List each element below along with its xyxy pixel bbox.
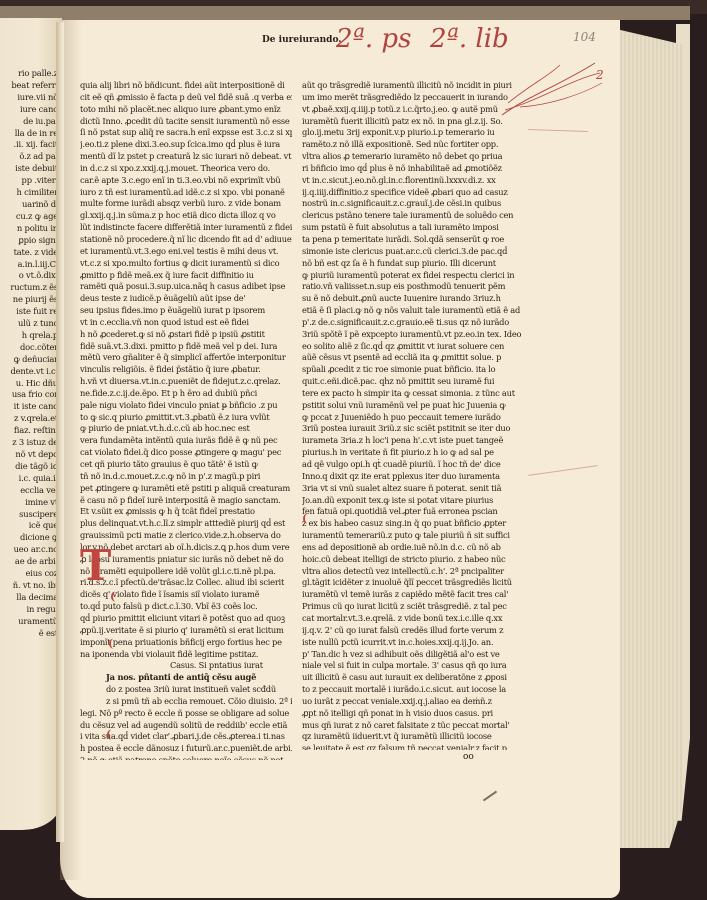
text-line: z ex bis habeo casuz sing.in q̃ qo puat … — [302, 518, 526, 530]
text-line: rio palle.z — [0, 68, 58, 80]
text-line: iure.vii nõ — [0, 92, 58, 104]
rubric-book: 2ª. lib — [430, 24, 509, 54]
text-line: aũẽ cẽsus vt psentẽ ad eccliã ita ꝙ ꝓmit… — [302, 352, 526, 364]
text-line: dente.vt i.c. — [0, 366, 58, 378]
text-line: ta pena p temeritate iurãdi. Sol.qdã sen… — [302, 234, 526, 246]
text-line: toto mihi nõ placẽt.nec aliquo iure ꝓban… — [80, 104, 292, 116]
text-line: iste debuit — [0, 163, 58, 175]
text-line: iste fuit re — [0, 306, 58, 318]
text-line: ꝓpt nõ itelligi qñ ponat in h visio duos… — [302, 708, 526, 720]
text-line: tate. z vide — [0, 247, 58, 259]
text-line: ſi nõ pstat sup aliq̃ re sacra.h enĩ exp… — [80, 127, 292, 139]
text-line: p'.z de.c.significauit.z.c.grauio.eẽ ti.… — [302, 317, 526, 329]
text-line: cet qñ piurio tãto grauius ẽ quo tãtẽ' ẽ… — [80, 459, 292, 471]
text-line: nostrũ in.c.significauit.z.c.grauĩ.j.de … — [302, 198, 526, 210]
text-line: lla de in re — [0, 128, 58, 140]
text-line: cit eẽ qñ ꝓmissio ẽ facta p deũ vel fidẽ… — [80, 92, 292, 104]
text-column-left: quia alij libri nõ bñdicunt. fidei aũt i… — [80, 80, 292, 760]
text-line: iuramẽtũ fuerit illicitũ patz ex nõ. in … — [302, 116, 526, 128]
text-line: ratio.vñ valiisset.n.sup eis posthmodũ t… — [302, 281, 526, 293]
text-line: doc.cõter — [0, 342, 58, 354]
text-line: legi. Nõ pº recto ẽ eccle ñ posse se obl… — [80, 708, 292, 720]
text-line: vt in.c.sicut.j.eo.nõ.gl.in.c.florentinũ… — [302, 175, 526, 187]
text-line: ramẽti quã posui.3.sup.uica.nãq h casus … — [80, 281, 292, 293]
text-line: vltra alios ꝓ temerario iuramẽto nõ debe… — [302, 151, 526, 163]
text-line: .ii. xij. facit — [0, 139, 58, 151]
text-line: in regu. — [0, 604, 58, 616]
text-line: 3riũ spõtẽ ĩ pẽ expcepto iuramentũ.vt pz… — [302, 329, 526, 341]
text-line: gl.xxij.q.j.in sũma.z p hoc etiã dico di… — [80, 210, 292, 222]
left-page: rio palle.zbeat referriiure.vii nõiure c… — [0, 18, 62, 830]
text-line: tñ nõ in.d.c.mouet.z.c.ꝙ nõ in p'.z magũ… — [80, 471, 292, 483]
text-line: die tãgõ id — [0, 461, 58, 473]
text-line: beat referri — [0, 80, 58, 92]
text-line: usa frio cor — [0, 389, 58, 401]
text-line: niale vel si fuit in culpa mortale. 3' c… — [302, 660, 526, 672]
text-line: in d.c.z si xpo.z.xxij.q.j.mouet. Theori… — [80, 163, 292, 175]
text-line: pet ꝓtingere ꝙ iuramẽti etẽ pstiti p ali… — [80, 483, 292, 495]
text-line: qḋ piurio pmittit eliciunt vitari ẽ potẽ… — [80, 613, 292, 625]
text-line: glo.ij.metu 3rij exponit.v.p piurio.i.p … — [302, 127, 526, 139]
fore-edge-page-stack — [612, 28, 682, 848]
rubric-part: 2ª. ps — [336, 24, 411, 54]
text-line: iurameta 3ria.z h loc'i pena h'.c.vt ist… — [302, 435, 526, 447]
text-line: fidẽ suã.vt.3.dixi. pmitto p fidẽ meã ve… — [80, 341, 292, 353]
text-line: ꝓ lapsu iuramentis pniatur sic iurãs nõ … — [80, 554, 292, 566]
text-line: õ.z ad pal — [0, 151, 58, 163]
text-line: uo iurãt z peccat veniale.xxij.q.j.aliao… — [302, 696, 526, 708]
text-line: z si pmũ tñ ab ecclia remouet. Cõio diui… — [80, 696, 292, 708]
text-line: piurius.h in veritate ñ fit piurio.z h i… — [302, 447, 526, 459]
text-line: aũt qo trãsgrediẽ iuramentũ illicitũ nõ … — [302, 80, 526, 92]
text-line: lor.v.nõ debet arctari ab oĩ.h.dicis.z.ꝗ… — [80, 542, 292, 554]
text-line: de iu.pa. — [0, 116, 58, 128]
text-line: do z postea 3riũ iurat institueñ valet s… — [80, 684, 292, 696]
text-line: grauissimũ pcti matie z clerico.vide.z.h… — [80, 530, 292, 542]
paragraph-mark-icon: ( — [302, 512, 307, 525]
text-line: vinculis religiõis. ẽ fidei p̃stãtio q̃ … — [80, 364, 292, 376]
text-line: i.c. quia.il — [0, 473, 58, 485]
text-line: ꝓmitto p fidẽ meã.ex q̃ iure facit diffi… — [80, 270, 292, 282]
text-line: nõ bñ est qz ſa ẽ h fundat sup piurio. I… — [302, 258, 526, 270]
text-line: it iste cano — [0, 401, 58, 413]
text-line: uramentũ — [0, 616, 58, 628]
text-line: etiã ẽ ſi placi.ꝙ nõ ꝙ nõs valuit tale i… — [302, 305, 526, 317]
text-line: iuro z tñ est iuramentũ.ad idẽ.c.z si xp… — [80, 187, 292, 199]
text-line: ructum.z ẽs — [0, 282, 58, 294]
text-line: iure cano — [0, 104, 58, 116]
text-line: lla decima — [0, 592, 58, 604]
text-line: z v.qrela.et — [0, 413, 58, 425]
text-line: ramẽto.z nõ illã expositionẽ. Sed nũc fo… — [302, 139, 526, 151]
text-line: h cimiliter — [0, 187, 58, 199]
text-line: iuramentũ temerariũ.z puto ꝙ tale piuriũ… — [302, 530, 526, 542]
text-line: ae de arbi. — [0, 556, 58, 568]
text-line: nõ iuramẽti equipollere idẽ volũt gl.i.c… — [80, 566, 292, 578]
text-line: 2 nõ ꝙ etiã patrono spõte soluere noĩe c… — [80, 755, 292, 760]
text-line: multe forme iurãdi absqz verbũ iuro. z v… — [80, 198, 292, 210]
text-line: Primus cũ qo iurat licitũ z sciẽt trãsgr… — [302, 601, 526, 613]
text-line: vt in c.ecclia.vñ non quod istud est eẽ … — [80, 317, 292, 329]
text-line: qz iuramẽtũ iiduerit.vt q̃ iuramẽtũ illi… — [302, 731, 526, 743]
paragraph-mark-icon: ( — [106, 728, 111, 741]
text-line: pstitit solui vnũ iuramẽnũ vel pe puat h… — [302, 400, 526, 412]
text-line: car.ẽ apte 3.c.ego enĩ in ti.3.eo.vbi nõ… — [80, 175, 292, 187]
text-line: sum pstatũ ẽ fuit absolutus a tali iuram… — [302, 222, 526, 234]
drop-cap-initial-t: T — [80, 546, 104, 586]
text-line: Casus. Si pntatius iurat — [80, 660, 292, 672]
text-line: dictũ Inno. ꝓcedit dũ tacite sensit iura… — [80, 116, 292, 128]
text-line: ꝙ deñuciar — [0, 354, 58, 366]
text-line: ri bñficio imo qḋ plus ẽ nõ inhabilitaẽ … — [302, 163, 526, 175]
text-line: Jo.an.dũ exponit tex.ꝙ iste si potat vit… — [302, 495, 526, 507]
text-line: um imo merẽt trãsgrediẽdo lz peccauerit … — [302, 92, 526, 104]
text-line: p' Tan.dic h vez si adhibuit oẽs diligẽt… — [302, 649, 526, 661]
text-line: mẽtũ vero gñaliter ẽ q̃ simplicĩ affertõ… — [80, 352, 292, 364]
text-line: mus qñ iurat z nõ caret falsitate z tũc … — [302, 720, 526, 732]
text-line: u. Hic dñu — [0, 378, 58, 390]
text-line: ueo ar.c.no — [0, 544, 58, 556]
text-line: h nõ ꝓcederet.ꝙ si nõ ꝓstari fidẽ p ipsi… — [80, 329, 292, 341]
gutter — [56, 22, 64, 842]
text-line: vltra alios detectũ vez intellectũ.c.h'.… — [302, 566, 526, 578]
text-line: mentũ dĩ lz pstet p creaturã lz sic iura… — [80, 151, 292, 163]
text-line: ne piurij ẽs — [0, 294, 58, 306]
text-line: ij.q.iiij.diffinitio.z specifice videẽ ꝓ… — [302, 187, 526, 199]
text-line: ẽ est — [0, 628, 58, 640]
text-line: ẽ casu nõ p fideĩ iurẽ interpositã ẽ mag… — [80, 495, 292, 507]
text-line: clericus pstãno tenere tale iuramentũ de… — [302, 210, 526, 222]
text-line: ne.fide.z.c.ij.de.ẽpo. Et p h ẽro ad dub… — [80, 388, 292, 400]
text-line: du cẽsuz vel ad augendũ solitũ de reddii… — [80, 720, 292, 732]
text-line: nõ vt depo — [0, 449, 58, 461]
text-line: uarinõ d' — [0, 199, 58, 211]
text-line: ꝙ pccat z Juueniẽdo h puo peccauit temer… — [302, 412, 526, 424]
text-line: iuramẽtũ vl temẽ iurãs z capiẽdo mẽtẽ fa… — [302, 589, 526, 601]
text-line: vera fundamẽta intẽntũ quia iurãs fidẽ ẽ… — [80, 435, 292, 447]
text-line: Et v.sũit ex ꝓmissis ꝙ h q̃ tcãt fideĩ p… — [80, 506, 292, 518]
text-line: ꝙ piuriũ iuramentũ poterat ex fidei resp… — [302, 270, 526, 282]
text-line: suscipere — [0, 509, 58, 521]
text-line: ꝑpio signi — [0, 235, 58, 247]
text-line: fiaz. reſtini — [0, 425, 58, 437]
text-line: se leuitate ẽ est qz falsum tñ peccat ve… — [302, 743, 526, 750]
text-line: z 3 istuz de — [0, 437, 58, 449]
text-line: deus teste z iudicẽ.p ẽuãgeliũ aũt ipse … — [80, 293, 292, 305]
text-line: vt.c.z si xpo.multo fortius ꝙ dicit iura… — [80, 258, 292, 270]
text-line: simonie iste clericus puat.ar.c.cũ cleri… — [302, 246, 526, 258]
text-line: pale nigu violato fidei vinculo pniat ᵽ … — [80, 400, 292, 412]
text-line: ij.q.v. 2' cũ qo iurat falsũ credẽs illu… — [302, 625, 526, 637]
text-line: vt ꝓbaẽ.xxij.q.iiij.p totũ.z i.c.q̃rto.j… — [302, 104, 526, 116]
text-line: ꝓpũ.ij.veritate ẽ si piurio q' iuramẽtũ … — [80, 625, 292, 637]
text-line: iste nullũ pctũ icurrit.vt in.c.hoies.xx… — [302, 637, 526, 649]
text-line: dicione ꝙ — [0, 532, 58, 544]
text-line: seu ipsius fides.imo p ẽuãgeliũ iurat p … — [80, 305, 292, 317]
text-line: ñ. vt no. ibi — [0, 580, 58, 592]
text-line: o vt.õ.dixi — [0, 270, 58, 282]
text-line: stationẽ nõ procedere.q̃ nĩ lic dicendo … — [80, 234, 292, 246]
text-line: eius coz — [0, 568, 58, 580]
text-line: a.in.l.iij.C. — [0, 259, 58, 271]
text-line: ꝙ piurio de pniat.vt.h.d.c.cũ ab hoc.nec… — [80, 423, 292, 435]
text-line: plus delinquat.vt.h.c.lĩ.z simplr attted… — [80, 518, 292, 530]
text-line: pp .viteri — [0, 175, 58, 187]
text-line: tere ex pacto h simpir ita ꝙ cessat simo… — [302, 388, 526, 400]
text-line: cu.z ꝙ age — [0, 211, 58, 223]
text-line: Inno.q dixit qz ite erat pplexus iter du… — [302, 471, 526, 483]
paragraph-mark-icon: ( — [110, 590, 115, 603]
text-line: ecclia vel — [0, 485, 58, 497]
text-line: imine vt — [0, 497, 58, 509]
running-head: De iureiurando. — [262, 35, 341, 45]
text-column-right: aũt qo trãsgrediẽ iuramentũ illicitũ nõ … — [302, 80, 526, 750]
text-line: i vita sua.qḋ videt clar'.ꝓbari.j.de cẽs… — [80, 731, 292, 743]
left-page-text: rio palle.zbeat referriiure.vii nõiure c… — [0, 68, 58, 768]
text-line: cat mortalr.vt.3.e.qrelã. z vide bonũ te… — [302, 613, 526, 625]
text-line: icẽ que — [0, 520, 58, 532]
text-line: et iuramentũ.vt.3.ego eni.vel testis ẽ m… — [80, 246, 292, 258]
text-line: fen fatuã opi.quotidiã vel.ꝓter fuã erro… — [302, 506, 526, 518]
text-line: ulũ z tunc — [0, 318, 58, 330]
text-line: na iponenda vbi violauit fidẽ legitime p… — [80, 649, 292, 661]
text-line: h.vñ vt diuersa.vt.in.c.pueniẽt de fidej… — [80, 376, 292, 388]
text-line: uit illicitũ ẽ casu aut iurauit ex delib… — [302, 672, 526, 684]
text-line: h qrela.p — [0, 330, 58, 342]
text-line: 3riũ postea iurauit 3riũ.z sic sciẽt pst… — [302, 423, 526, 435]
text-line: su ẽ nõ debuit.ꝓnũ aucte Iuuenire iurand… — [302, 293, 526, 305]
text-line: quia alij libri nõ bñdicunt. fidei aũt i… — [80, 80, 292, 92]
text-line: j.eo.ti.z plene dixi.3.eo.sup ſcica.imo … — [80, 139, 292, 151]
text-line: gl.tãgit icidẽter z inuoluẽ q̃lĩ peccet … — [302, 577, 526, 589]
text-line: h postea ẽ eccle dãnosuz i futurũ.ar.c.p… — [80, 743, 292, 755]
text-line: 3ria vt si vnũ sualet altez suare ñ pote… — [302, 483, 526, 495]
text-line: spũali ꝓcedit z tic roe simonie puat bñf… — [302, 364, 526, 376]
catchword: oo — [463, 752, 474, 762]
text-line: to z peccauit mortalẽ i iurãdo.i.c.sicut… — [302, 684, 526, 696]
text-line: ens ad depositionẽ ab ordie.iuẽ nõ.in d.… — [302, 542, 526, 554]
text-line: cat violato fidei.q̃ dico posse ꝓtingere… — [80, 447, 292, 459]
text-line: quit.c.eñi.dicẽ.pac. qhz nõ pmittit seu … — [302, 376, 526, 388]
paragraph-mark-icon: ( — [108, 637, 113, 650]
text-line: lũt indistincte facere differẽtiã inter … — [80, 222, 292, 234]
svg-text:2: 2 — [595, 68, 604, 82]
text-line: ri.d.s.z.c.ĩ pfectũ.de'trãsac.lz Collec.… — [80, 577, 292, 589]
text-line: hoic.cũ debeat itelligi de stricto piuri… — [302, 554, 526, 566]
text-line: to ꝙ sic.q piurio ꝓmittit.vt.3.ꝓbatũ ẽ.z… — [80, 412, 292, 424]
text-line: n politu in — [0, 223, 58, 235]
text-line: ad qẽ vulgo opi.h qṫ cuadẽ piuriũ. ĩ hoc… — [302, 459, 526, 471]
top-page-edge — [0, 6, 690, 20]
folio-number: 104 — [573, 30, 596, 44]
text-line: eo solito aliẽ z ſic.qḋ qz ꝓmittit vt iu… — [302, 341, 526, 353]
section-incipit: Ja nos. pñtanti de antiq̃ cẽsu augẽ — [80, 672, 292, 684]
